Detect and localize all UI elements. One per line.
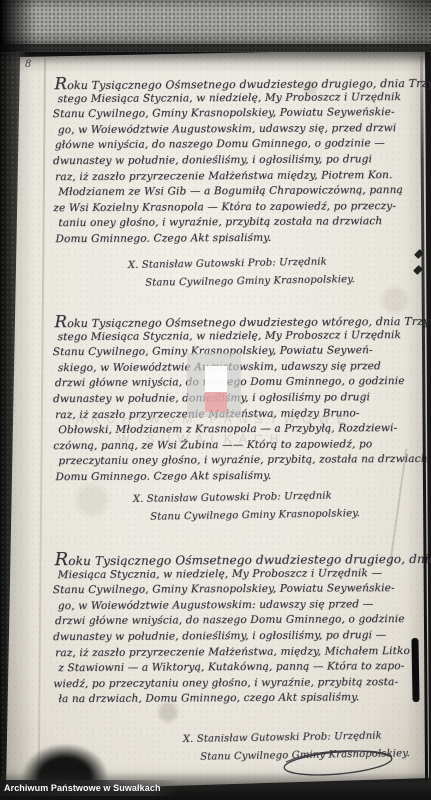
signature-block-1: X. Stanisław Gutowski Prob: Urzędnik Sta… <box>128 253 355 292</box>
marker-pink-box <box>205 392 227 412</box>
handwriting-line: stego Miesiąca Stycznia, w niedzielę, My… <box>58 327 429 345</box>
record-entry-1: Roku Tysiącznego Ośmsetnego dwudziestego… <box>54 74 429 248</box>
handwriting-line: Domu Gminnego. Czego Akt spisaliśmy. <box>55 230 429 248</box>
record-entry-2: Roku Tysiącznego Ośmsetnego dwudziestego… <box>54 312 429 486</box>
signature-block-2: X. Stanisław Gutowski Prob: Urzędnik Sta… <box>133 487 360 526</box>
scanned-document-photo: 8 Roku Tysiącznego Ośmsetnego dwudzieste… <box>0 0 431 800</box>
handwriting-line: wiedź, po przeczytaniu oney głośno, i wy… <box>53 675 429 693</box>
highlight-marker <box>187 353 241 417</box>
archive-label: Archiwum Państwowe w Suwałkach <box>4 783 161 793</box>
archive-label-bar: Archiwum Państwowe w Suwałkach <box>0 780 178 796</box>
handwriting-line: Roku Tysiącznego Ośmsetnego dwudziestego… <box>55 550 429 568</box>
handwriting-line: Domu Gminnego. Czego Akt spisaliśmy. <box>55 468 429 486</box>
archive-watermark-line2: W SUWAŁKACH <box>118 432 285 446</box>
handwriting-line: Roku Tysiącznego Ośmsetnego dwudziestego… <box>54 312 428 330</box>
handwriting-line: Roku Tysiącznego Ośmsetnego dwudziestego… <box>54 74 428 92</box>
record-entry-3: Roku Tysiącznego Ośmsetnego dwudziestego… <box>55 550 430 708</box>
binding-ink-mark <box>411 638 419 702</box>
handwriting-line: główne wniyścia, do naszego Domu Gminneg… <box>55 136 429 154</box>
scanner-background-texture <box>0 0 431 52</box>
handwriting-line: drzwi główne wniyścia, do naszego Domu G… <box>55 374 429 392</box>
handwriting-line: ła na drzwiach, Domu Gminnego, czego Akt… <box>58 690 429 708</box>
handwriting-line: taniu oney głośno, i wyraźnie, przybitą … <box>58 214 429 232</box>
marker-white-box <box>205 366 227 392</box>
handwriting-line: dwunastey w południe, donieśliśmy, i ogł… <box>53 628 429 646</box>
handwriting-line: przeczytaniu oney głośno, i wyraźnie, pr… <box>58 452 429 470</box>
